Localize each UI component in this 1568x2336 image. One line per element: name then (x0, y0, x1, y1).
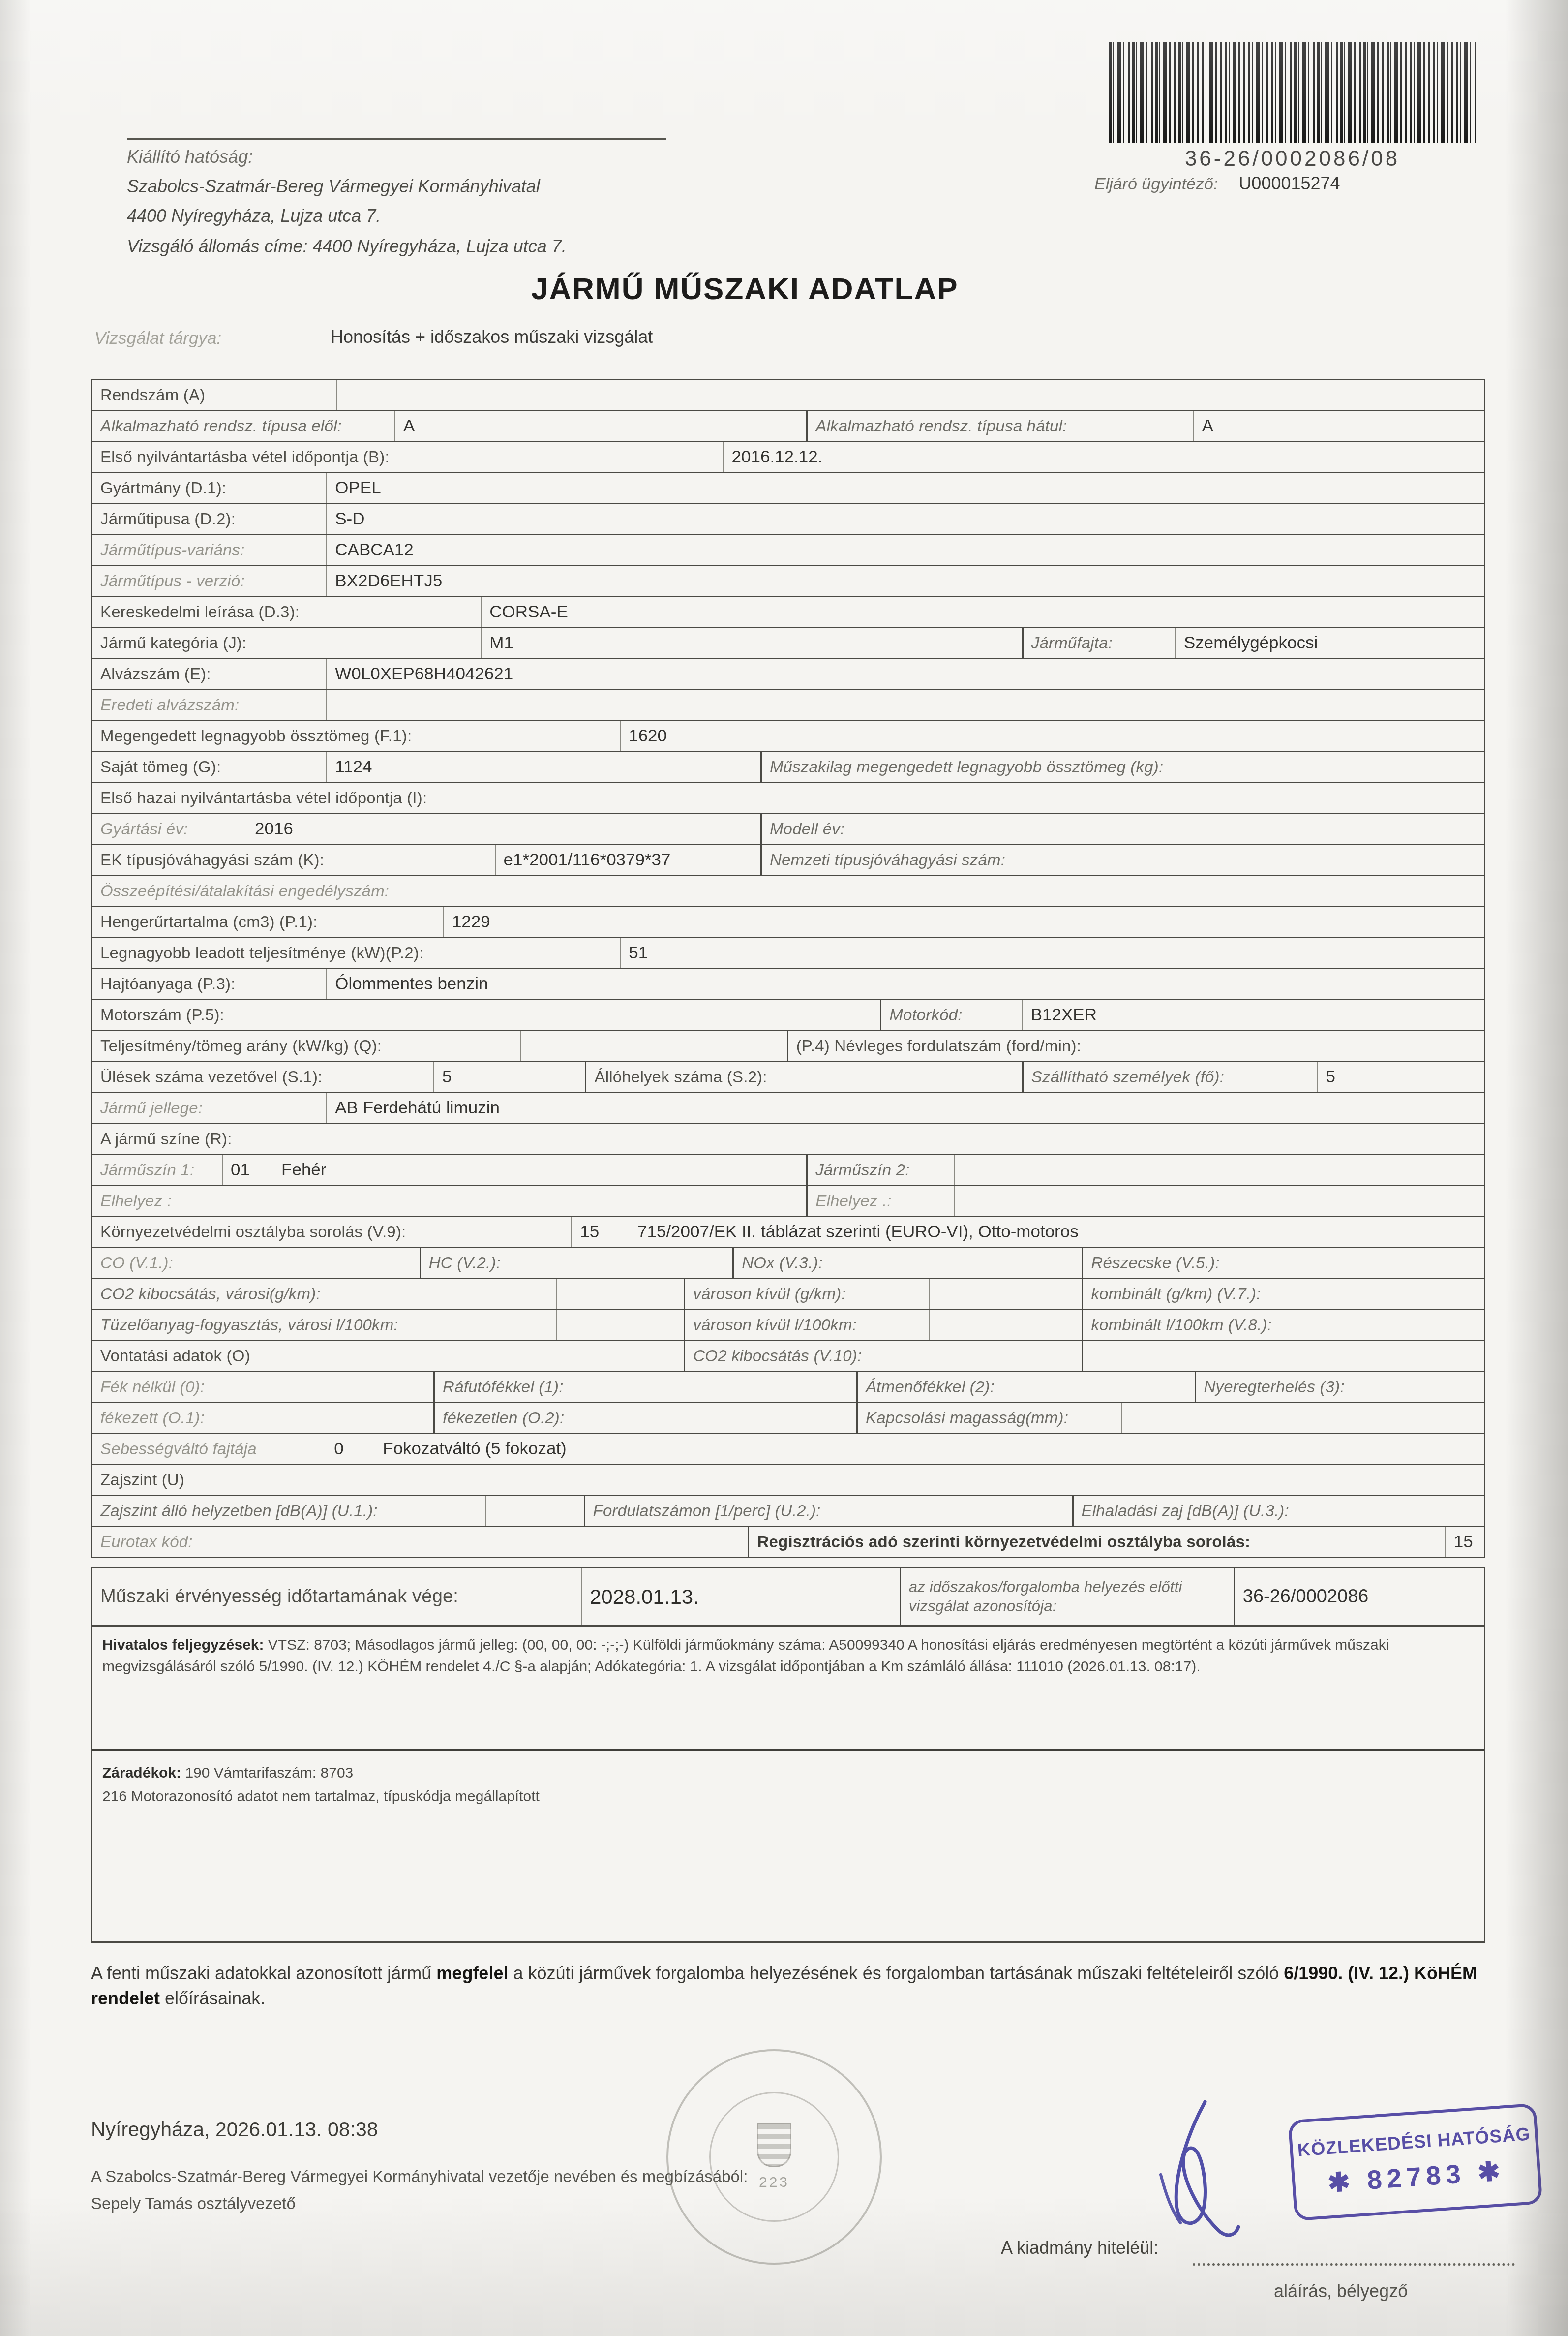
own-mass-label: Saját tömeg (G): (100, 758, 221, 776)
co2-combined-cell: kombinált (g/km) (V.7.): (1082, 1279, 1484, 1309)
prod-year-label: Gyártási év: (100, 820, 188, 838)
saddle-cell: Nyeregterhelés (3): (1195, 1372, 1484, 1402)
ec-approval-label: EK típusjóváhagyási szám (K): (100, 851, 324, 869)
gearbox-desc-cell: Fokozatváltó (5 fokozat) (375, 1434, 1484, 1464)
issuer-label: Kiállító hatóság: (127, 147, 253, 167)
fuel-label: Hajtóanyaga (P.3): (100, 975, 236, 993)
rendsz-front-value: A (403, 416, 415, 436)
type-value-cell: S-D (326, 504, 1484, 534)
reg-tax-label: Regisztrációs adó szerinti környezetvéde… (757, 1533, 1250, 1551)
displacement-value: 1229 (452, 912, 490, 932)
table-row: Összeépítési/átalakítási engedélyszám: (92, 876, 1484, 907)
category-label: Jármű kategória (J): (100, 634, 246, 652)
co2-urban-label: CO2 kibocsátás, városi(g/km): (100, 1285, 321, 1303)
engine-code-value-cell: B12XER (1022, 1000, 1484, 1030)
particulate-label: Részecske (V.5.): (1091, 1254, 1219, 1272)
cell (954, 1186, 1484, 1216)
authority-stamp: KÖZLEKEDÉSI HATÓSÁG ✱ 82783 ✱ (1288, 2103, 1542, 2221)
table-row: Első hazai nyilvántartásba vétel időpont… (92, 783, 1484, 814)
rendsz-rear-label: Alkalmazható rendsz. típusa hátul: (815, 417, 1067, 435)
type-value: S-D (335, 509, 364, 529)
on-behalf-line: A Szabolcs-Szatmár-Bereg Vármegyei Kormá… (91, 2167, 748, 2186)
tech-max-mass-label: Műszakilag megengedett legnagyobb össztö… (770, 758, 1163, 776)
max-power-value: 51 (629, 943, 648, 963)
rated-speed-cell: (P.4) Névleges fordulatszám (ford/min): (787, 1031, 1484, 1061)
table-row: Jármű kategória (J): M1 Járműfajta: Szem… (92, 628, 1484, 659)
vehicle-kind-value-cell: Személygépkocsi (1175, 628, 1484, 658)
color-section-label: A jármű színe (R): (100, 1130, 232, 1148)
cell (929, 1310, 1082, 1340)
official-seal: 223 (666, 2049, 882, 2265)
gearbox-desc: Fokozatváltó (5 fokozat) (383, 1439, 567, 1459)
vehicle-kind-value: Személygépkocsi (1184, 633, 1318, 653)
table-row: Műszaki érvényesség időtartamának vége: … (92, 1568, 1484, 1627)
cell (556, 1310, 684, 1340)
own-mass-value: 1124 (335, 757, 372, 777)
power-mass-label: Teljesítmény/tömeg arány (kW/kg) (Q): (100, 1037, 382, 1055)
co2-combined-label: kombinált (g/km) (V.7.): (1091, 1285, 1261, 1303)
rendsz-rear-value: A (1202, 416, 1213, 436)
official-notes: Hivatalos feljegyzések: VTSZ: 8703; Máso… (92, 1627, 1484, 1751)
saddle-label: Nyeregterhelés (3): (1204, 1378, 1345, 1396)
vin-label: Alvázszám (E): (100, 665, 211, 683)
make-label: Gyártmány (D.1): (100, 479, 226, 497)
tech-max-mass-cell: Műszakilag megengedett legnagyobb össztö… (760, 752, 1484, 782)
engine-code-value: B12XER (1031, 1005, 1097, 1025)
validity-notes-box: Műszaki érvényesség időtartamának vége: … (91, 1567, 1485, 1943)
variant-label: Járműtípus-variáns: (100, 541, 245, 559)
table-row: EK típusjóváhagyási szám (K): e1*2001/11… (92, 845, 1484, 876)
cell (556, 1279, 684, 1309)
statement-part3: előírásainak. (160, 1988, 265, 2008)
version-value-cell: BX2D6EHTJ5 (326, 566, 1484, 596)
barcode (1109, 42, 1476, 143)
table-row: A jármű színe (R): (92, 1124, 1484, 1155)
max-mass-label: Megengedett legnagyobb össztömeg (F.1): (100, 727, 412, 745)
table-row: Teljesítmény/tömeg arány (kW/kg) (Q): (P… (92, 1031, 1484, 1062)
fuel-combined-label: kombinált l/100km (V.8.): (1091, 1316, 1272, 1334)
engine-code-label: Motorkód: (889, 1006, 963, 1024)
first-hu-reg-label: Első hazai nyilvántartásba vétel időpont… (100, 789, 427, 807)
statement-part2: a közúti járművek forgalomba helyezéséne… (508, 1963, 1284, 1983)
table-row: CO (V.1.): HC (V.2.): NOx (V.3.): Részec… (92, 1248, 1484, 1279)
table-row: Eurotax kód: Regisztrációs adó szerinti … (92, 1527, 1484, 1558)
vin-value-cell: W0L0XEP68H4042621 (326, 659, 1484, 689)
table-row: Alkalmazható rendsz. típusa elől: A Alka… (92, 411, 1484, 442)
max-power-label: Legnagyobb leadott teljesítménye (kW)(P.… (100, 944, 423, 962)
make-value-cell: OPEL (326, 473, 1484, 503)
exam-id-value: 36-26/0002086 (1243, 1586, 1369, 1607)
station-address: Vizsgáló állomás címe: 4400 Nyíregyháza,… (127, 236, 567, 257)
unbraked0-label: Fék nélkül (0): (100, 1378, 205, 1396)
issuer-name: Szabolcs-Szatmár-Bereg Vármegyei Kormány… (127, 176, 540, 197)
validity-label: Műszaki érvényesség időtartamának vége: (100, 1586, 458, 1607)
table-row: Rendszám (A) (92, 380, 1484, 411)
braked-label: fékezett (O.1): (100, 1409, 205, 1427)
cell (336, 380, 1484, 410)
table-row: CO2 kibocsátás, városi(g/km): városon kí… (92, 1279, 1484, 1310)
subject-value: Honosítás + időszakos műszaki vizsgálat (331, 327, 653, 347)
vin-value: W0L0XEP68H4042621 (335, 664, 513, 684)
type-label: Járműtipusa (D.2): (100, 510, 236, 528)
color1-code: 01 (231, 1160, 250, 1180)
coupling-height-label: Kapcsolási magasság(mm): (866, 1409, 1068, 1427)
cell (954, 1155, 1484, 1185)
clauses-line1: 190 Vámtarifaszám: 8703 (181, 1765, 353, 1781)
persons-value: 5 (1326, 1067, 1335, 1087)
color1-label: Járműszín 1: (100, 1161, 194, 1179)
table-row: Gyártmány (D.1): OPEL (92, 473, 1484, 504)
displacement-label: Hengerűrtartalma (cm3) (P.1): (100, 913, 318, 931)
clauses-line2: 216 Motorazonosító adatot nem tartalmaz,… (102, 1785, 1474, 1809)
nox-label: NOx (V.3.): (742, 1254, 823, 1272)
variant-value: CABCA12 (335, 540, 414, 560)
case-officer-label: Eljáró ügyintéző: (1094, 175, 1218, 194)
table-row: Eredeti alvázszám: (92, 690, 1484, 721)
table-row: fékezett (O.1): fékezetlen (O.2): Kapcso… (92, 1403, 1484, 1434)
character-value: AB Ferdehátú limuzin (335, 1098, 500, 1118)
rendsz-rear-value-cell: A (1193, 411, 1484, 441)
max-mass-value: 1620 (629, 726, 667, 746)
first-reg-value-cell: 2016.12.12. (723, 442, 1484, 472)
table-row: Sebességváltó fajtája 0 Fokozatváltó (5 … (92, 1434, 1484, 1465)
vehicle-kind-label: Járműfajta: (1031, 634, 1113, 652)
table-row: Jármű jellege: AB Ferdehátú limuzin (92, 1093, 1484, 1124)
page-title: JÁRMŰ MŰSZAKI ADATLAP (531, 272, 959, 307)
env-class-desc: 715/2007/EK II. táblázat szerinti (EURO-… (637, 1222, 1079, 1242)
official-notes-label: Hivatalos feljegyzések: (102, 1637, 264, 1653)
ec-approval-value: e1*2001/116*0379*37 (504, 850, 671, 870)
case-officer-value: U000015274 (1238, 173, 1340, 194)
table-row: Járműtípus - verzió: BX2D6EHTJ5 (92, 566, 1484, 597)
seats-value: 5 (442, 1067, 452, 1087)
table-row: Vontatási adatok (O) CO2 kibocsátás (V.1… (92, 1341, 1484, 1372)
official-notes-text: VTSZ: 8703; Másodlagos jármű jelleg: (00… (102, 1637, 1389, 1675)
towing-label: Vontatási adatok (O) (100, 1347, 250, 1365)
statement-bold1: megfelel (436, 1963, 508, 1983)
version-label: Járműtípus - verzió: (100, 572, 245, 590)
table-row: Járműszín 1: 01Fehér Járműszín 2: (92, 1155, 1484, 1186)
statement-part1: A fenti műszaki adatokkal azonosított já… (91, 1963, 436, 1983)
fuel-combined-cell: kombinált l/100km (V.8.): (1082, 1310, 1484, 1340)
cell (1082, 1341, 1484, 1371)
co-label: CO (V.1.): (100, 1254, 173, 1272)
trade-name-value-cell: CORSA-E (481, 597, 1484, 627)
max-power-value-cell: 51 (620, 938, 1484, 968)
elhelyez2-label: Elhelyez .: (815, 1192, 891, 1210)
signature-line (1193, 2244, 1515, 2266)
rated-speed-label: (P.4) Névleges fordulatszám (ford/min): (796, 1037, 1081, 1055)
table-row: Legnagyobb leadott teljesítménye (kW)(P.… (92, 938, 1484, 969)
table-row: Környezetvédelmi osztályba sorolás (V.9)… (92, 1217, 1484, 1248)
table-row: Tüzelőanyag-fogyasztás, városi l/100km: … (92, 1310, 1484, 1341)
persons-value-cell: 5 (1317, 1062, 1484, 1092)
character-label: Jármű jellege: (100, 1099, 203, 1117)
table-row: Alvázszám (E): W0L0XEP68H4042621 (92, 659, 1484, 690)
fuel-value-cell: Ólommentes benzin (326, 969, 1484, 999)
category-value: M1 (489, 633, 513, 653)
displacement-value-cell: 1229 (443, 907, 1484, 937)
particulate-cell: Részecske (V.5.): (1082, 1248, 1484, 1278)
seats-label: Ülések száma vezetővel (S.1): (100, 1068, 322, 1086)
compliance-statement: A fenti műszaki adatokkal azonosított já… (91, 1961, 1508, 2011)
table-row: Motorszám (P.5): Motorkód: B12XER (92, 1000, 1484, 1031)
clauses-label: Záradékok: (102, 1765, 181, 1781)
rendsz-front-label: Alkalmazható rendsz. típusa elől: (100, 417, 342, 435)
max-mass-value-cell: 1620 (620, 721, 1484, 751)
persons-label: Szállítható személyek (fő): (1031, 1068, 1224, 1086)
reg-tax-value-cell: 15 (1445, 1527, 1484, 1557)
env-class-value: 15 (580, 1222, 599, 1242)
elhelyez1-label: Elhelyez : (100, 1192, 172, 1210)
version-value: BX2D6EHTJ5 (335, 571, 442, 591)
coat-of-arms-icon (757, 2123, 791, 2167)
exam-id-label: az időszakos/forgalomba helyezés előtti … (909, 1578, 1226, 1616)
fuel-urban-label: Tüzelőanyag-fogyasztás, városi l/100km: (100, 1316, 398, 1334)
hc-label: HC (V.2.): (429, 1254, 501, 1272)
first-reg-label: Első nyilvántartásba vétel időpontja (B)… (100, 448, 390, 466)
barcode-number: 36-26/0002086/08 (1109, 147, 1476, 171)
table-row: Kereskedelmi leírása (D.3): CORSA-E (92, 597, 1484, 628)
table-row: Megengedett legnagyobb össztömeg (F.1): … (92, 721, 1484, 752)
vehicle-technical-datasheet: { "colors": {"stamp_blue": "#4b41a0", "p… (0, 0, 1568, 2336)
national-approval-label: Nemzeti típusjóváhagyási szám: (770, 851, 1005, 869)
rendszam-label: Rendszám (A) (100, 386, 205, 404)
cell (520, 1031, 787, 1061)
gearbox-label: Sebességváltó fajtája (100, 1440, 257, 1458)
co2-v10-label: CO2 kibocsátás (V.10): (693, 1347, 862, 1365)
eurotax-label: Eurotax kód: (100, 1533, 193, 1551)
table-row: Zajszint (U) (92, 1465, 1484, 1496)
seal-inner-ring: 223 (709, 2092, 839, 2222)
seal-number: 223 (759, 2174, 789, 2191)
certify-label: A kiadmány hiteléül: (1001, 2238, 1158, 2258)
engine-number-label: Motorszám (P.5): (100, 1006, 224, 1024)
model-year-label: Modell év: (770, 820, 844, 838)
table-row: Fék nélkül (0): Ráfutófékkel (1): Átmenő… (92, 1372, 1484, 1403)
table-row: Első nyilvántartásba vétel időpontja (B)… (92, 442, 1484, 473)
table-row: Ülések száma vezetővel (S.1): 5 Állóhely… (92, 1062, 1484, 1093)
overrun-label: Ráfutófékkel (1): (443, 1378, 564, 1396)
noise-rpm-label: Fordulatszámon [1/perc] (U.2.): (593, 1502, 821, 1520)
header-rule (127, 138, 666, 140)
table-row: Elhelyez : Elhelyez .: (92, 1186, 1484, 1217)
vehicle-data-table: Rendszám (A) Alkalmazható rendsz. típusa… (91, 379, 1485, 1558)
table-row: Zajszint álló helyzetben [dB(A)] (U.1.):… (92, 1496, 1484, 1527)
color1-name: Fehér (281, 1160, 326, 1180)
noise-pass-label: Elhaladási zaj [dB(A)] (U.3.): (1082, 1502, 1289, 1520)
character-value-cell: AB Ferdehátú limuzin (326, 1093, 1484, 1123)
table-row: Saját tömeg (G): 1124 Műszakilag megenge… (92, 752, 1484, 783)
model-year-cell: Modell év: (760, 814, 1484, 844)
table-row: Hajtóanyaga (P.3): Ólommentes benzin (92, 969, 1484, 1000)
unbraked2-label: fékezetlen (O.2): (443, 1409, 564, 1427)
first-reg-value: 2016.12.12. (732, 447, 823, 467)
cell (929, 1279, 1082, 1309)
trade-name-label: Kereskedelmi leírása (D.3): (100, 603, 300, 621)
signature (1131, 2096, 1279, 2261)
rebuild-permit-label: Összeépítési/átalakítási engedélyszám: (100, 882, 389, 900)
trade-name-value: CORSA-E (489, 602, 568, 622)
fuel-extra-label: városon kívül l/100km: (693, 1316, 857, 1334)
national-approval-cell: Nemzeti típusjóváhagyási szám: (760, 845, 1484, 875)
case-officer: Eljáró ügyintéző: U000015274 (1094, 173, 1340, 194)
co2-extra-label: városon kívül (g/km): (693, 1285, 845, 1303)
cell (485, 1496, 584, 1526)
stamp-number: ✱ 82783 ✱ (1327, 2155, 1506, 2198)
orig-vin-label: Eredeti alvázszám: (100, 696, 239, 714)
color2-label: Járműszín 2: (815, 1161, 909, 1179)
validity-value: 2028.01.13. (590, 1585, 699, 1609)
place-and-date: Nyíregyháza, 2026.01.13. 08:38 (91, 2118, 378, 2141)
variant-value-cell: CABCA12 (326, 535, 1484, 565)
prod-year-value: 2016 (255, 819, 293, 839)
table-row: Hengerűrtartalma (cm3) (P.1): 1229 (92, 907, 1484, 938)
cell (326, 690, 1484, 720)
exam-id-value-cell: 36-26/0002086 (1234, 1568, 1484, 1625)
clauses: Záradékok: 190 Vámtarifaszám: 8703 216 M… (92, 1751, 1484, 1941)
reg-tax-value: 15 (1454, 1532, 1473, 1552)
signature-caption: aláírás, bélyegző (1274, 2281, 1408, 2302)
stamp-title: KÖZLEKEDÉSI HATÓSÁG (1297, 2124, 1531, 2161)
gearbox-code: 0 (334, 1439, 343, 1459)
table-row: Járműtipusa (D.2): S-D (92, 504, 1484, 535)
fuel-value: Ólommentes benzin (335, 974, 488, 994)
noise-stand-label: Zajszint álló helyzetben [dB(A)] (U.1.): (100, 1502, 378, 1520)
env-class-desc-cell: 715/2007/EK II. táblázat szerinti (EURO-… (630, 1217, 1484, 1247)
signer-name: Sepely Tamás osztályvezető (91, 2194, 296, 2213)
table-row: Járműtípus-variáns: CABCA12 (92, 535, 1484, 566)
noise-section-label: Zajszint (U) (100, 1471, 184, 1489)
make-value: OPEL (335, 478, 381, 498)
env-class-label: Környezetvédelmi osztályba sorolás (V.9)… (100, 1223, 406, 1241)
table-row: Gyártási év: 2016 Modell év: (92, 814, 1484, 845)
issuer-address: 4400 Nyíregyháza, Lujza utca 7. (127, 206, 381, 226)
standing-label: Állóhelyek száma (S.2): (594, 1068, 767, 1086)
subject-label: Vizsgálat tárgya: (94, 329, 221, 348)
noise-pass-cell: Elhaladási zaj [dB(A)] (U.3.): (1072, 1496, 1484, 1526)
cell (1121, 1403, 1484, 1433)
continuous-label: Átmenőfékkel (2): (866, 1378, 995, 1396)
